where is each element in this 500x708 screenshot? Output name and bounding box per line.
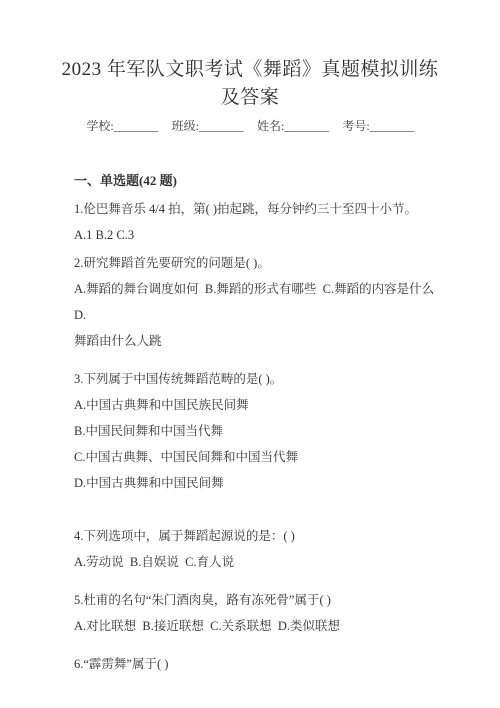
- info-blank-class: ________: [199, 119, 243, 133]
- question-3-text: 3.下列属于中国传统舞蹈范畴的是( )。: [74, 366, 452, 392]
- question-6: 6.“霹雳舞”属于( ): [74, 651, 452, 677]
- question-2-text: 2.研究舞蹈首先要研究的问题是( )。: [74, 250, 452, 276]
- question-3: 3.下列属于中国传统舞蹈范畴的是( )。 A.中国古典舞和中国民族民间舞 B.中…: [74, 366, 452, 496]
- question-4: 4.下列选项中，属于舞蹈起源说的是：( ) A.劳动说 B.自娱说 C.育人说: [74, 523, 452, 575]
- info-label-examno: 考号:: [342, 119, 369, 133]
- question-6-text: 6.“霹雳舞”属于( ): [74, 651, 452, 677]
- info-field-examno: 考号:________: [342, 116, 413, 136]
- info-label-name: 姓名:: [257, 119, 284, 133]
- info-blank-examno: ________: [370, 119, 414, 133]
- question-3-option-d: D.中国古典舞和中国民间舞: [74, 470, 452, 496]
- info-label-class: 班级:: [172, 119, 199, 133]
- question-4-text: 4.下列选项中，属于舞蹈起源说的是：( ): [74, 523, 452, 549]
- page-title-line-2: 及答案: [0, 84, 500, 112]
- section-header: 一、单选题(42 题): [74, 168, 452, 194]
- question-1-text: 1.伦巴舞音乐 4/4 拍，第( )拍起跳，每分钟约三十至四十小节。: [74, 196, 452, 222]
- question-5-text: 5.杜甫的名句“朱门酒肉臭，路有冻死骨”属于( ): [74, 587, 452, 613]
- question-5: 5.杜甫的名句“朱门酒肉臭，路有冻死骨”属于( ) A.对比联想 B.接近联想 …: [74, 587, 452, 639]
- info-field-name: 姓名:________: [257, 116, 328, 136]
- question-3-option-b: B.中国民间舞和中国当代舞: [74, 418, 452, 444]
- question-2-options-line-1: A.舞蹈的舞台调度如何 B.舞蹈的形式有哪些 C.舞蹈的内容是什么 D.: [74, 276, 452, 328]
- page-title-line-1: 2023 年军队文职考试《舞蹈》真题模拟训练: [0, 56, 500, 84]
- info-field-class: 班级:________: [172, 116, 243, 136]
- info-label-school: 学校:: [86, 119, 113, 133]
- question-4-options: A.劳动说 B.自娱说 C.育人说: [74, 549, 452, 575]
- info-field-school: 学校:________: [86, 116, 157, 136]
- question-2: 2.研究舞蹈首先要研究的问题是( )。 A.舞蹈的舞台调度如何 B.舞蹈的形式有…: [74, 250, 452, 354]
- student-info-line: 学校:________ 班级:________ 姓名:________ 考号:_…: [0, 116, 500, 136]
- question-1: 1.伦巴舞音乐 4/4 拍，第( )拍起跳，每分钟约三十至四十小节。 A.1 B…: [74, 196, 452, 248]
- info-blank-name: ________: [284, 119, 328, 133]
- question-2-options-line-2: 舞蹈由什么人跳: [74, 328, 452, 354]
- question-1-options: A.1 B.2 C.3: [74, 222, 452, 248]
- exam-document-page: 2023 年军队文职考试《舞蹈》真题模拟训练 及答案 学校:________ 班…: [0, 0, 500, 708]
- info-blank-school: ________: [114, 119, 158, 133]
- question-3-option-a: A.中国古典舞和中国民族民间舞: [74, 392, 452, 418]
- question-3-option-c: C.中国古典舞、中国民间舞和中国当代舞: [74, 444, 452, 470]
- page-title: 2023 年军队文职考试《舞蹈》真题模拟训练 及答案: [0, 0, 500, 112]
- question-5-options: A.对比联想 B.接近联想 C.关系联想 D.类似联想: [74, 613, 452, 639]
- exam-body: 一、单选题(42 题) 1.伦巴舞音乐 4/4 拍，第( )拍起跳，每分钟约三十…: [0, 168, 500, 677]
